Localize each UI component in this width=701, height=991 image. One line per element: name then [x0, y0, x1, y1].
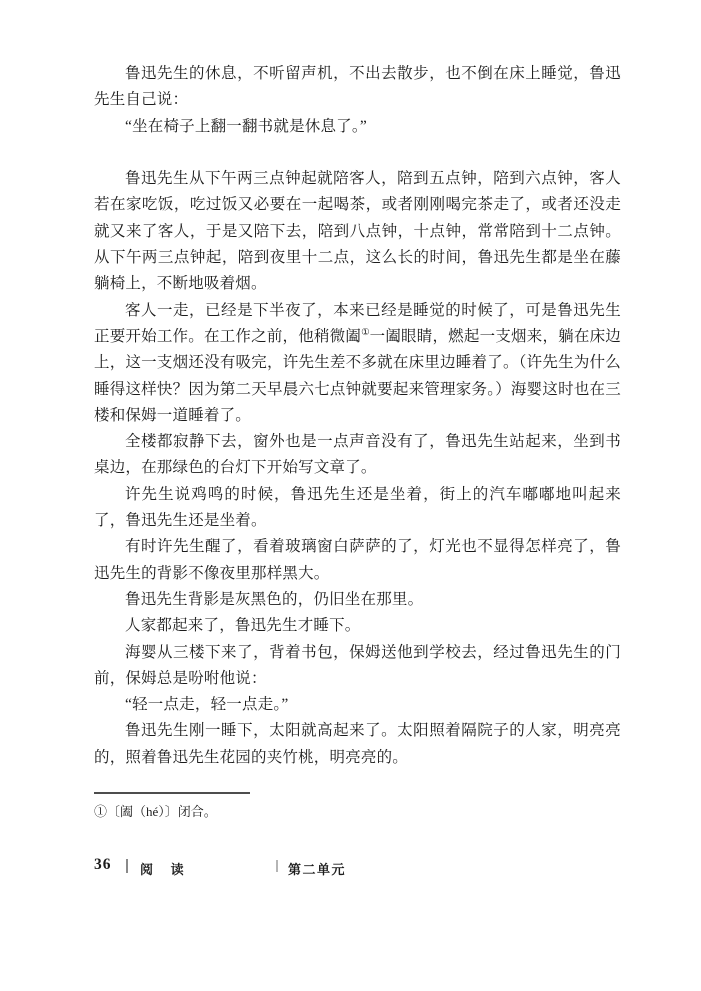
paragraph: 鲁迅先生从下午两三点钟起就陪客人，陪到五点钟，陪到六点钟，客人若在家吃饭，吃过饭… [94, 166, 621, 297]
paragraph: 客人一走，已经是下半夜了，本来已经是睡觉的时候了，可是鲁迅先生正要开始工作。在工… [94, 298, 621, 429]
page-footer: 36 阅 读 第二单元 [0, 856, 701, 878]
footnote-divider-rule [94, 792, 250, 794]
paragraph-quote: “坐在椅子上翻一翻书就是休息了。” [94, 114, 621, 140]
paragraph-quote: “轻一点走，轻一点走。” [94, 692, 621, 718]
paragraph: 鲁迅先生刚一睡下，太阳就高起来了。太阳照着隔院子的人家，明亮亮的，照着鲁迅先生花… [94, 718, 621, 771]
paragraph: 海婴从三楼下来了，背着书包，保姆送他到学校去，经过鲁迅先生的门前，保姆总是吩咐他… [94, 640, 621, 693]
footer-section-label: 阅 读 [140, 859, 191, 878]
paragraph: 许先生说鸡鸣的时候，鲁迅先生还是坐着，街上的汽车嘟嘟地叫起来了，鲁迅先生还是坐着… [94, 482, 621, 535]
footnote-marker: ① [94, 804, 107, 819]
section-break [94, 140, 621, 166]
reading-passage: 鲁迅先生的休息，不听留声机，不出去散步，也不倒在床上睡觉，鲁迅先生自己说： “坐… [94, 61, 621, 771]
footer-unit-label: 第二单元 [288, 859, 346, 878]
paragraph: 全楼都寂静下去，窗外也是一点声音没有了，鲁迅先生站起来，坐到书桌边，在那绿色的台… [94, 429, 621, 482]
footer-divider-light [276, 860, 278, 872]
footnote-reference-mark: ① [361, 328, 370, 338]
book-page: 鲁迅先生的休息，不听留声机，不出去散步，也不倒在床上睡觉，鲁迅先生自己说： “坐… [0, 0, 701, 991]
paragraph: 鲁迅先生背影是灰黑色的，仍旧坐在那里。 [94, 587, 621, 613]
paragraph: 人家都起来了，鲁迅先生才睡下。 [94, 613, 621, 639]
footer-divider [126, 859, 128, 873]
page-number: 36 [94, 856, 112, 874]
paragraph: 有时许先生醒了，看着玻璃窗白萨萨的了，灯光也不显得怎样亮了，鲁迅先生的背影不像夜… [94, 534, 621, 587]
footnote-text: 〔阖（hé）〕闭合。 [107, 804, 217, 819]
paragraph: 鲁迅先生的休息，不听留声机，不出去散步，也不倒在床上睡觉，鲁迅先生自己说： [94, 61, 621, 114]
footnote: ①〔阖（hé）〕闭合。 [94, 802, 217, 822]
